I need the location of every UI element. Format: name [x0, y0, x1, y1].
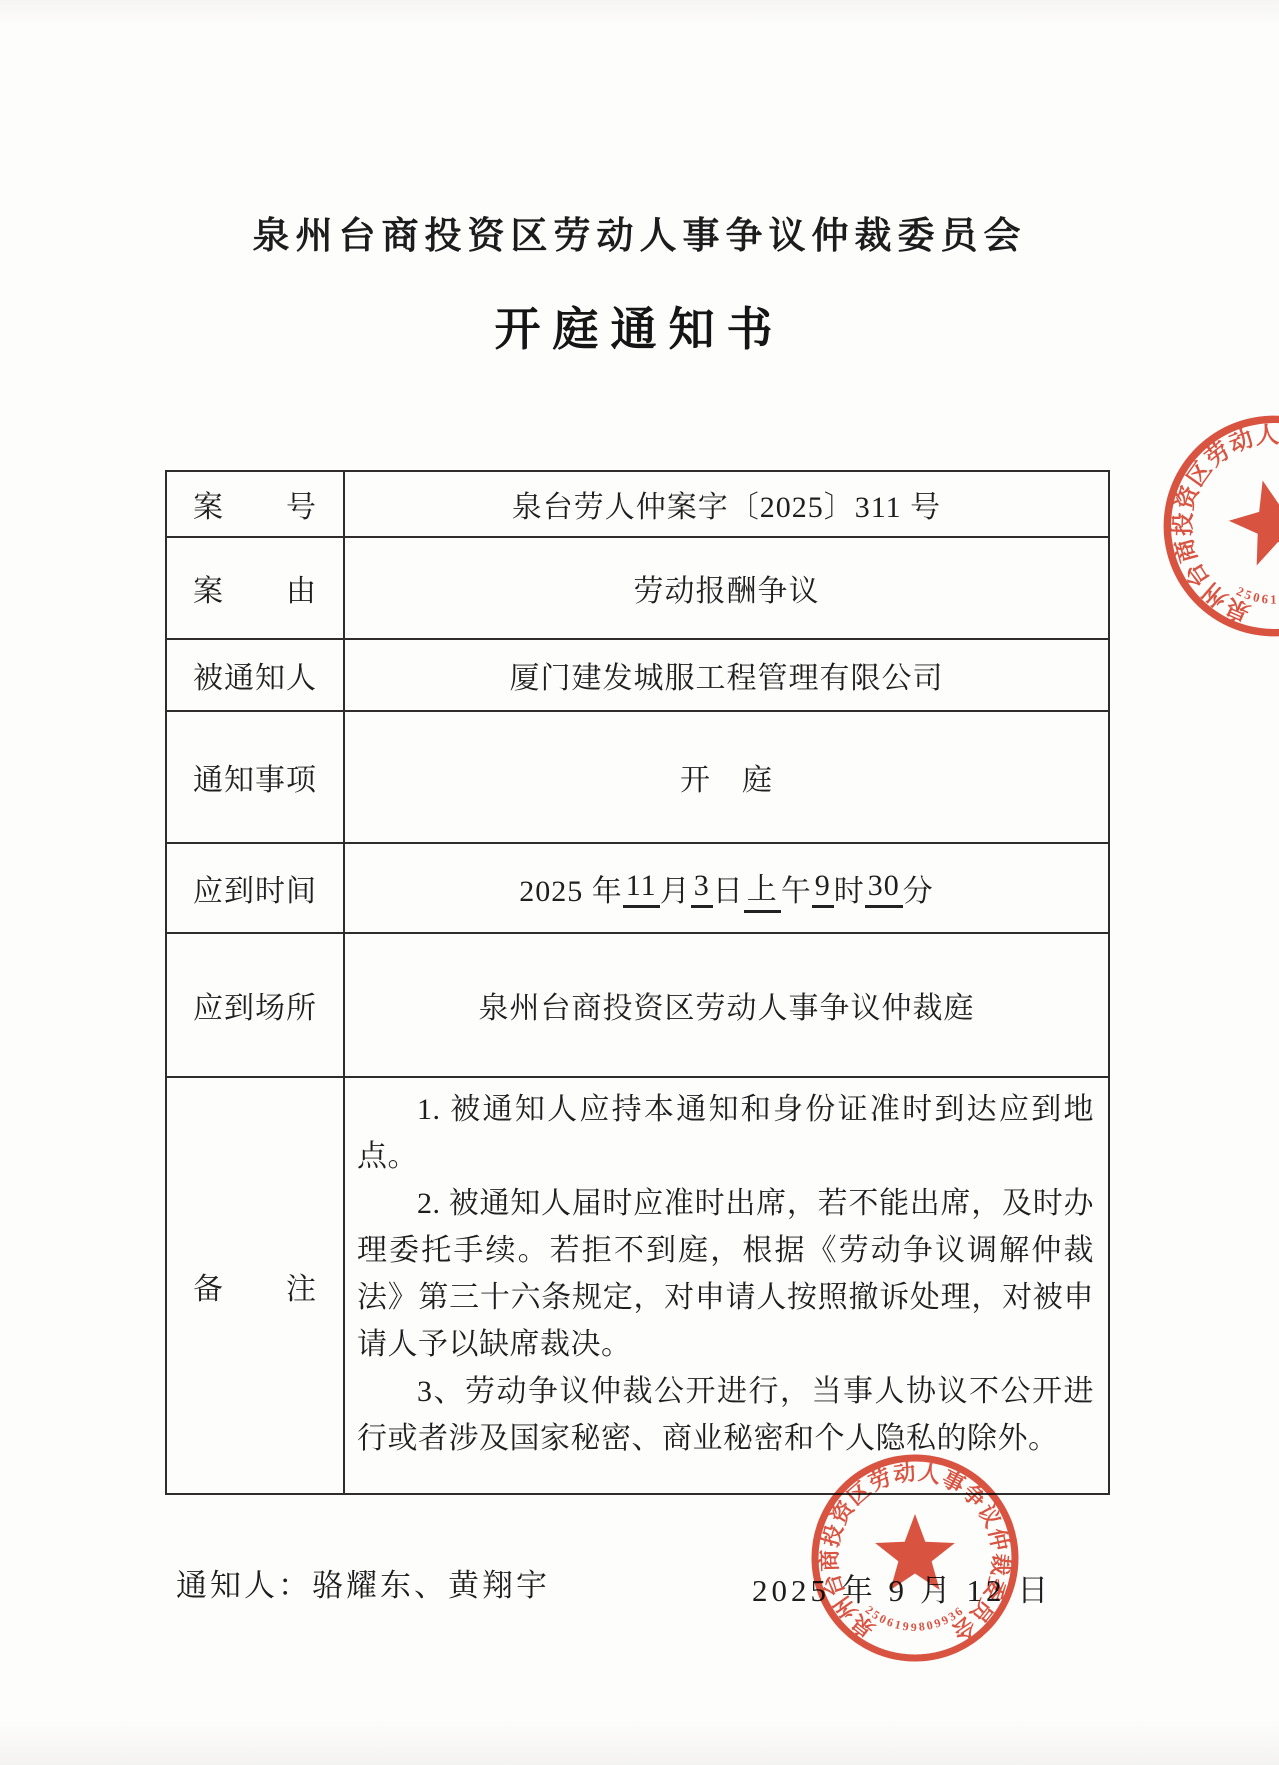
star-icon — [875, 1514, 955, 1590]
document-page: 泉州台商投资区劳动人事争议仲裁委员会 开庭通知书 案 号 泉台劳人仲案字〔202… — [0, 0, 1279, 1765]
remarks-value: 1. 被通知人应持本通知和身份证准时到达应到地点。2. 被通知人届时应准时出席，… — [345, 1078, 1108, 1493]
case-number-label: 案 号 — [167, 472, 345, 536]
official-seal-bottom: 泉州台商投资区劳动人事争议仲裁委员会 2506199809936 — [795, 1438, 1035, 1678]
table-row-remarks: 备 注 1. 被通知人应持本通知和身份证准时到达应到地点。2. 被通知人届时应准… — [167, 1078, 1108, 1493]
filled-blank: 30 — [865, 869, 903, 908]
arrival-place-label: 应到场所 — [167, 934, 345, 1076]
time-text: 日 — [713, 866, 744, 910]
table-row-notice-matter: 通知事项 开 庭 — [167, 712, 1108, 844]
table-row-arrival-time: 应到时间 2025 年 11 月 3 日上午 9 时 30 分 — [167, 844, 1108, 934]
notice-matter-label: 通知事项 — [167, 712, 345, 842]
time-text: 午 — [781, 866, 812, 910]
remark-paragraph: 2. 被通知人届时应准时出席，若不能出席，及时办理委托手续。若拒不到庭，根据《劳… — [357, 1180, 1094, 1368]
notified-party-value: 厦门建发城服工程管理有限公司 — [345, 640, 1108, 710]
time-text: 分 — [903, 866, 934, 910]
table-row-case-cause: 案 由 劳动报酬争议 — [167, 538, 1108, 640]
time-text: 时 — [834, 866, 865, 910]
case-number-value: 泉台劳人仲案字〔2025〕311 号 — [345, 472, 1108, 536]
notified-party-label: 被通知人 — [167, 640, 345, 710]
case-cause-label: 案 由 — [167, 538, 345, 638]
arrival-time-value: 2025 年 11 月 3 日上午 9 时 30 分 — [345, 844, 1108, 932]
notifier-line: 通知人：骆耀东、黄翔宇 — [176, 1560, 550, 1605]
filled-blank: 9 — [812, 869, 834, 908]
time-text: 2025 年 — [519, 866, 623, 910]
table-row-arrival-place: 应到场所 泉州台商投资区劳动人事争议仲裁庭 — [167, 934, 1108, 1078]
case-cause-value: 劳动报酬争议 — [345, 538, 1108, 638]
remarks-label: 备 注 — [167, 1078, 345, 1493]
table-row-notified-party: 被通知人 厦门建发城服工程管理有限公司 — [167, 640, 1108, 712]
arrival-time-label: 应到时间 — [167, 844, 345, 932]
doc-title: 开庭通知书 — [0, 293, 1279, 359]
notice-table: 案 号 泉台劳人仲案字〔2025〕311 号 案 由 劳动报酬争议 被通知人 厦… — [165, 470, 1110, 1495]
table-row-case-number: 案 号 泉台劳人仲案字〔2025〕311 号 — [167, 472, 1108, 538]
filled-blank: 上 — [744, 864, 781, 913]
filled-blank: 11 — [623, 869, 660, 908]
filled-blank: 3 — [691, 869, 713, 908]
remark-paragraph: 1. 被通知人应持本通知和身份证准时到达应到地点。 — [357, 1086, 1094, 1180]
official-seal-top: 泉州台商投资区劳动人事争议仲裁委员会 2506199809936 — [1119, 371, 1279, 681]
arrival-place-value: 泉州台商投资区劳动人事争议仲裁庭 — [345, 934, 1108, 1076]
star-icon — [1221, 470, 1279, 569]
notice-matter-value: 开 庭 — [345, 712, 1108, 842]
time-text: 月 — [660, 866, 691, 910]
org-title: 泉州台商投资区劳动人事争议仲裁委员会 — [0, 205, 1279, 259]
